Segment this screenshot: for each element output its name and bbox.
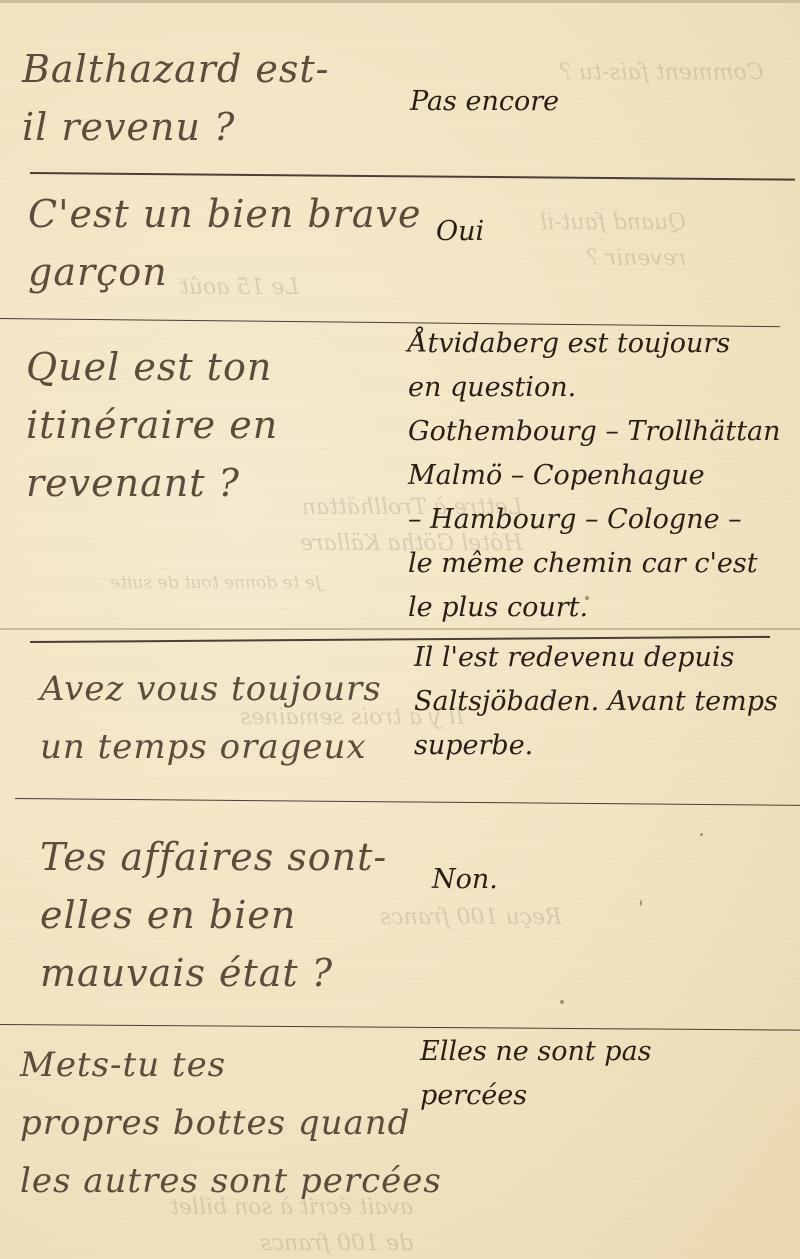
- answer-3: Åtvidaberg est toujours en question. Got…: [408, 322, 781, 630]
- question-6: Mets-tu tes propres bottes quand les aut…: [20, 1036, 442, 1210]
- answer-6: Elles ne sont pas percées: [420, 1030, 652, 1118]
- question-4: Avez vous toujours un temps orageux: [40, 660, 382, 776]
- question-1: Balthazard est- il revenu ?: [22, 40, 329, 156]
- bleed-through-text: Reçu 100 francs: [380, 900, 562, 936]
- bleed-through-text: Comment fais-tu ?: [560, 55, 764, 91]
- answer-4: Il l'est redevenu depuis Saltsjöbaden. A…: [414, 636, 778, 768]
- question-2: C'est un bien brave garçon: [28, 185, 422, 301]
- ink-spot: [700, 833, 703, 836]
- bleed-through-text: Quand faut-il revenir ?: [540, 205, 686, 277]
- separator-line: [15, 798, 800, 806]
- answer-5: Non.: [432, 858, 498, 902]
- ink-spot: [640, 900, 642, 906]
- ink-spot: [560, 1000, 564, 1004]
- ink-spot: [585, 596, 589, 600]
- question-3: Quel est ton itinéraire en revenant ?: [26, 338, 278, 512]
- separator-line: [30, 172, 795, 181]
- answer-2: Oui: [436, 210, 484, 254]
- manuscript-page: Comment fais-tu ? Quand faut-il revenir …: [0, 0, 800, 1259]
- paper-edge: [0, 0, 800, 3]
- separator-line: [0, 1024, 800, 1031]
- answer-1: Pas encore: [410, 80, 559, 124]
- bleed-through-text: Je te donne tout de suite: [110, 565, 322, 601]
- question-5: Tes affaires sont- elles en bien mauvais…: [40, 828, 387, 1002]
